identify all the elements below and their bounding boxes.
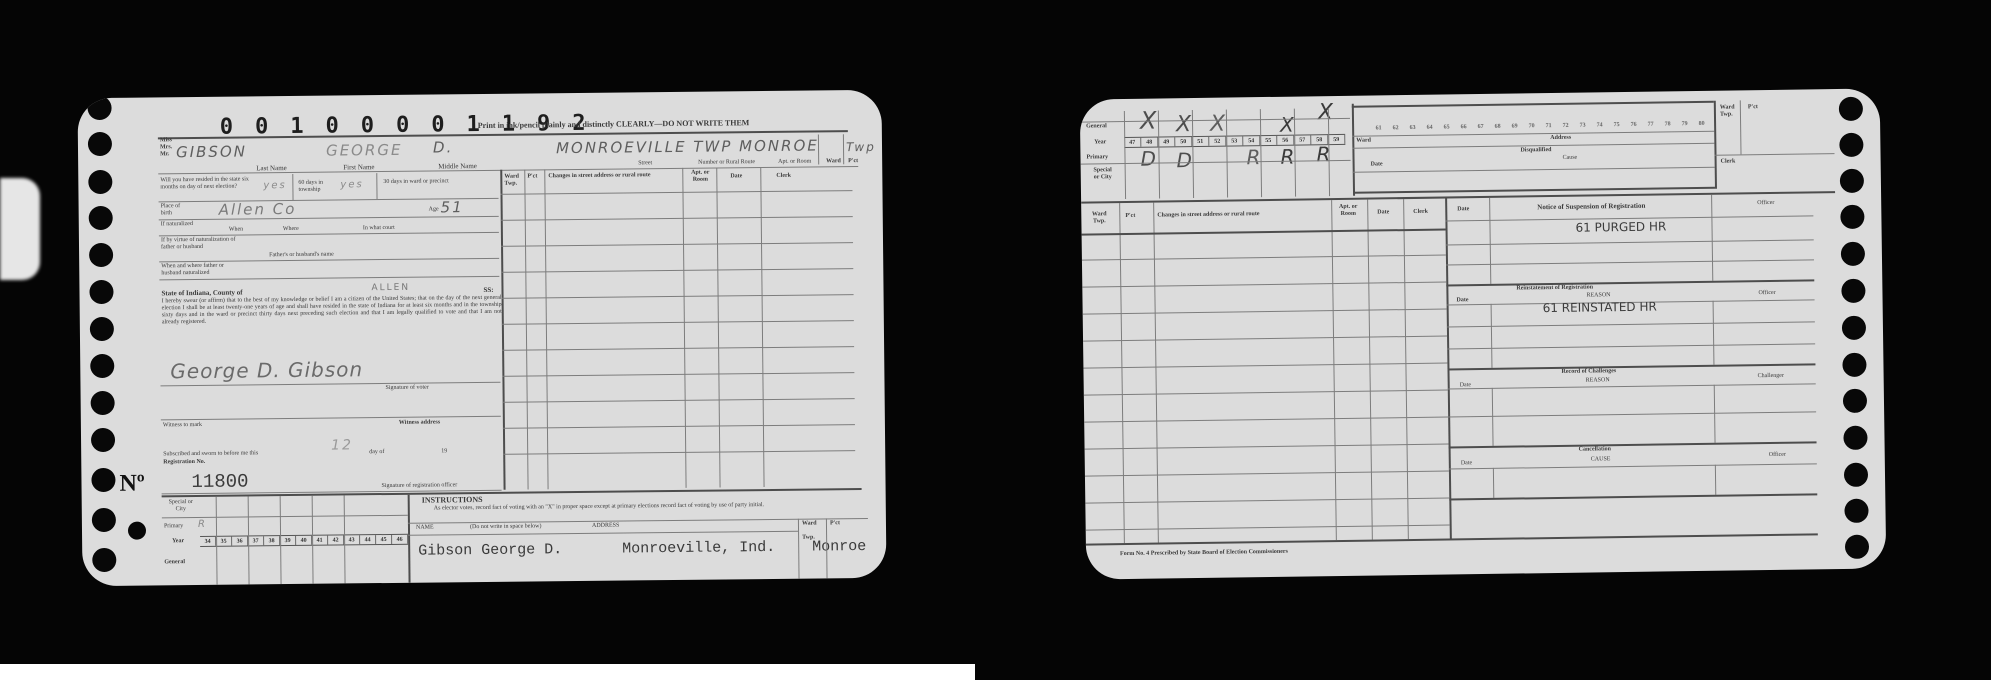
rule xyxy=(760,167,764,487)
rule xyxy=(501,216,853,221)
punch-hole xyxy=(1840,205,1864,229)
label-apt: Apt. or Room xyxy=(778,159,811,166)
rule xyxy=(1448,411,1816,417)
when-where-label: When and where father or husband natural… xyxy=(161,263,241,278)
year-row: 34 35 36 37 38 39 40 41 42 43 44 45 46 xyxy=(200,534,408,547)
rule xyxy=(159,232,499,237)
punch-hole-small xyxy=(128,522,146,540)
rule xyxy=(682,168,686,488)
naturalized-label: If naturalized xyxy=(161,221,211,229)
oath-text: I hereby swear (or affirm) that to the b… xyxy=(162,295,502,327)
rule xyxy=(1447,343,1815,349)
first-name-value: GEORGE xyxy=(326,141,403,160)
rule xyxy=(1085,443,1449,449)
cancellation-officer-header: Officer xyxy=(1769,452,1786,459)
suspension-title: Notice of Suspension of Registration xyxy=(1537,202,1645,212)
year-cell: 43 xyxy=(344,535,360,544)
year-cell: 71 xyxy=(1540,121,1557,131)
day-of-label: day of xyxy=(369,449,384,456)
rule xyxy=(1158,111,1160,199)
rule xyxy=(1153,203,1159,543)
grid-label-general: General xyxy=(164,559,185,566)
year-cell: 76 xyxy=(1625,120,1642,130)
label-ward: Ward xyxy=(826,158,841,165)
punch-hole xyxy=(91,428,115,452)
when-label: When xyxy=(229,226,243,233)
rule xyxy=(1331,200,1337,540)
rule xyxy=(1447,363,1815,370)
strip-address-value: Monroeville, Ind. xyxy=(622,539,775,558)
rule xyxy=(500,190,852,195)
strip-address-label: ADDRESS xyxy=(592,523,619,530)
virtue-label: If by virtue of naturalization of father… xyxy=(161,237,236,252)
year-cell: 62 xyxy=(1387,123,1404,133)
year-cell: 54 xyxy=(1243,136,1260,145)
transfer-disqualified-label: Disqualified xyxy=(1520,147,1551,154)
year-cell: 63 xyxy=(1404,123,1421,133)
label-number: Number or Rural Route xyxy=(698,159,755,167)
year-cell: 51 xyxy=(1192,137,1209,146)
reinstatement-reason-header: REASON xyxy=(1586,292,1610,299)
label-street: Street xyxy=(638,160,652,167)
rule xyxy=(1226,110,1228,198)
registration-label: Registration No. xyxy=(163,459,205,466)
year-cell: 47 xyxy=(1124,138,1141,147)
rule xyxy=(798,519,800,579)
strip-name-label: NAME xyxy=(416,525,434,532)
year-cell: 38 xyxy=(264,536,280,545)
last-name-value: GIBSON xyxy=(176,142,247,161)
subscribed-day: 12 xyxy=(331,437,353,453)
transfer-pct-label: P'ct xyxy=(1748,104,1758,111)
rule xyxy=(544,169,548,489)
year-cell: 73 xyxy=(1574,120,1591,130)
punch-hole xyxy=(1844,463,1868,487)
back-grid-label-special: Special or City xyxy=(1091,167,1115,181)
rule xyxy=(818,134,819,164)
officer-signature-label: Signature of registration officer xyxy=(382,482,458,490)
rule xyxy=(1448,383,1816,389)
challenges-challenger-header: Challenger xyxy=(1758,373,1784,380)
rule xyxy=(1449,493,1817,500)
voter-signature: George D. Gibson xyxy=(170,357,363,383)
punch-hole xyxy=(1842,316,1866,340)
instructions-title: INSTRUCTIONS xyxy=(422,496,483,505)
reinstatement-officer-header: Officer xyxy=(1758,290,1775,297)
birth-value: Allen Co xyxy=(219,200,297,219)
rule xyxy=(843,134,844,164)
year-cell: 72 xyxy=(1557,121,1574,131)
year-cell: 77 xyxy=(1642,120,1659,130)
back-col-ward-twp: Ward Twp. xyxy=(1087,211,1111,225)
transfer-address-label: Address xyxy=(1550,135,1571,142)
rule xyxy=(1081,160,1351,165)
cancellation-cause-header: CAUSE xyxy=(1591,456,1611,463)
year-cell: 78 xyxy=(1659,119,1676,129)
grid-label-special: Special or City xyxy=(166,499,196,513)
scan-glare xyxy=(0,178,40,280)
year-cell: 67 xyxy=(1472,122,1489,132)
year-cell: 52 xyxy=(1209,137,1226,146)
strip-pct-label: P'ct xyxy=(830,520,840,527)
ward-value: Twp xyxy=(846,140,876,154)
year-cell: 61 xyxy=(1370,123,1387,133)
rule xyxy=(1083,362,1447,368)
col-pct: P'ct xyxy=(527,173,537,180)
salutation-mr: Mr. xyxy=(160,151,169,158)
punch-hole xyxy=(87,96,111,120)
col-ward-twp: Ward Twp. xyxy=(504,174,524,188)
back-col-date: Date xyxy=(1377,209,1389,216)
where-label: Where xyxy=(283,226,299,233)
rule xyxy=(1082,282,1446,288)
header-instruction: Print in ink/pencil plainly and distinct… xyxy=(478,119,750,130)
punch-hole xyxy=(92,548,116,572)
strip-name-value: Gibson George D. xyxy=(418,541,562,560)
rule xyxy=(1446,239,1814,245)
punch-hole xyxy=(1843,389,1867,413)
rule xyxy=(1084,416,1448,422)
year-cell: 55 xyxy=(1260,136,1277,145)
township-label: 60 days in township xyxy=(298,179,346,194)
year-cell: 70 xyxy=(1523,121,1540,131)
transfer-cause-label: Cause xyxy=(1563,155,1578,162)
reinstatement-entry: 61 REINSTATED HR xyxy=(1543,300,1657,316)
witness-address-label: Witness address xyxy=(399,419,440,426)
rule xyxy=(1446,259,1814,265)
punch-hole xyxy=(89,280,113,304)
year-cell: 35 xyxy=(216,537,232,546)
rule xyxy=(1081,191,1835,204)
year-cell: 46 xyxy=(392,535,408,544)
col-changes: Changes in street address or rural route xyxy=(548,172,650,180)
punch-hole xyxy=(1840,169,1864,193)
rule xyxy=(1489,198,1491,284)
rule xyxy=(1353,167,1715,173)
year-cell: 39 xyxy=(280,536,296,545)
rule xyxy=(716,168,720,488)
transfer-ward-twp-label: Ward Twp. xyxy=(1720,104,1740,118)
back-grid-label-primary: Primary xyxy=(1086,154,1108,161)
rule xyxy=(1715,153,1835,156)
punch-hole xyxy=(88,132,112,156)
card-back: General Year Primary Special or City 47 … xyxy=(1080,88,1887,579)
back-col-apt: Apt. or Room xyxy=(1333,204,1363,218)
cancellation-title: Cancellation xyxy=(1579,446,1611,453)
col-date: Date xyxy=(730,173,742,180)
year-cell: 64 xyxy=(1421,123,1438,133)
rule xyxy=(159,216,499,221)
year-cell: 34 xyxy=(200,537,216,546)
middle-name-value: D. xyxy=(433,138,454,156)
punch-hole xyxy=(91,391,115,415)
year-cell: 69 xyxy=(1506,121,1523,131)
oath-county: ALLEN xyxy=(371,283,410,293)
salutation-mrs: Mrs. xyxy=(160,144,172,151)
rule xyxy=(1086,533,1818,545)
transfer-ward-label: Ward xyxy=(1356,138,1371,145)
back-col-changes: Changes in street address or rural route xyxy=(1157,211,1259,219)
rule xyxy=(1447,321,1815,327)
year-cell: 44 xyxy=(360,535,376,544)
back-col-pct: P'ct xyxy=(1125,213,1135,220)
year-cell: 68 xyxy=(1489,122,1506,132)
rule xyxy=(1367,200,1373,540)
rule xyxy=(503,398,855,403)
rule xyxy=(1085,497,1449,503)
punch-hole xyxy=(90,354,114,378)
rule xyxy=(1491,304,1493,368)
punch-hole xyxy=(1845,535,1869,559)
court-label: In what court xyxy=(363,225,395,232)
general-mark: X xyxy=(1210,112,1227,137)
year-cell: 40 xyxy=(296,536,312,545)
primary-mark: D xyxy=(1140,147,1158,171)
rule xyxy=(1085,470,1449,476)
subscribed-text: Subscribed and sworn to before me this xyxy=(163,450,258,458)
punch-hole xyxy=(89,243,113,267)
rule xyxy=(502,294,854,299)
back-col-clerk: Clerk xyxy=(1413,209,1428,216)
year-cell: 53 xyxy=(1226,136,1243,145)
rule xyxy=(1403,199,1409,539)
challenges-reason-header: REASON xyxy=(1586,377,1610,384)
primary-mark: R xyxy=(1316,142,1332,166)
back-grid-label-year: Year xyxy=(1094,139,1106,146)
suspension-date-header: Date xyxy=(1457,206,1469,213)
instructions-text: As elector votes, record fact of voting … xyxy=(434,501,854,512)
year-cell: 65 xyxy=(1438,122,1455,132)
rule xyxy=(500,170,505,490)
transfer-clerk-label: Clerk xyxy=(1721,158,1736,165)
year-cell: 49 xyxy=(1158,137,1175,146)
strip-pct-value: Monroe xyxy=(812,538,866,556)
transfer-date-label: Date xyxy=(1371,161,1383,168)
year-cell: 41 xyxy=(312,536,328,545)
rule xyxy=(1082,229,1446,236)
year-cell: 74 xyxy=(1591,120,1608,130)
rule xyxy=(1714,101,1717,189)
rule xyxy=(1119,203,1125,543)
punch-hole xyxy=(1844,499,1868,523)
punch-hole xyxy=(1839,133,1863,157)
rule xyxy=(162,515,408,519)
challenges-title: Record of Challenges xyxy=(1561,368,1616,376)
punch-hole xyxy=(90,317,114,341)
rule xyxy=(502,320,854,325)
back-grid-label-general: General xyxy=(1086,123,1107,130)
witness-mark-label: Witness to mark xyxy=(163,422,202,429)
punch-hole xyxy=(1841,242,1865,266)
year-cell: 36 xyxy=(232,536,248,545)
year-cell: 66 xyxy=(1455,122,1472,132)
rule xyxy=(292,174,293,200)
year-cell: 50 xyxy=(1175,137,1192,146)
signature-label: Signature of voter xyxy=(385,385,428,392)
number-sign: Nº xyxy=(119,471,145,498)
rule xyxy=(1493,468,1494,498)
card-front: 0 0 1 0 0 0 0 1 1 9 2 Print in ink/penci… xyxy=(77,90,886,586)
township-value: yes xyxy=(340,179,363,190)
residency-state-value: yes xyxy=(263,180,286,191)
year-cell: 75 xyxy=(1608,120,1625,130)
rule xyxy=(1740,100,1742,154)
rule xyxy=(501,268,853,273)
suspension-entry: 61 PURGED HR xyxy=(1575,219,1666,234)
rule xyxy=(1083,309,1447,315)
form-footer: Form No. 4 Prescribed by State Board of … xyxy=(1120,549,1288,558)
year-prefix: 19 xyxy=(441,448,447,455)
birth-label: Place of birth xyxy=(161,203,191,217)
punch-hole xyxy=(1842,353,1866,377)
scan-edge-band xyxy=(0,664,975,680)
strip-note-label: (Do not write in space below) xyxy=(470,523,542,531)
rule xyxy=(161,416,501,421)
rule xyxy=(1086,524,1450,530)
col-clerk: Clerk xyxy=(776,173,791,180)
cancellation-date-header: Date xyxy=(1461,460,1472,467)
oath-ss: SS: xyxy=(483,286,493,294)
rule xyxy=(408,495,411,583)
rule xyxy=(1449,441,1817,448)
rule xyxy=(503,424,855,429)
rule xyxy=(1352,104,1355,196)
reinstatement-title: Reinstatement of Registration xyxy=(1516,284,1593,292)
year-cell: 42 xyxy=(328,535,344,544)
punch-hole xyxy=(89,206,113,230)
year-cell: 57 xyxy=(1294,135,1311,144)
primary-mark: R xyxy=(198,519,207,530)
punch-hole xyxy=(91,468,115,492)
general-mark: X xyxy=(1176,112,1193,137)
residency-question: Will you have resided in the state six m… xyxy=(160,176,260,191)
punch-hole xyxy=(88,170,112,194)
label-pct: P'ct xyxy=(848,158,858,165)
rule xyxy=(1715,465,1716,495)
year-cell: 56 xyxy=(1277,136,1294,145)
grid-label-year: Year xyxy=(172,538,184,545)
rule xyxy=(1124,111,1126,199)
street-value: MONROEVILLE TWP MONROE xyxy=(556,136,819,157)
rule xyxy=(1446,279,1814,286)
rule xyxy=(1084,389,1448,395)
year-cell: 80 xyxy=(1693,119,1710,129)
rule xyxy=(376,173,377,199)
col-apt: Apt. or Room xyxy=(686,170,714,184)
year-cell: 45 xyxy=(376,535,392,544)
rule xyxy=(1711,195,1713,281)
rule xyxy=(1352,101,1714,108)
ward-residency-label: 30 days in ward or precinct xyxy=(383,178,463,186)
age-value: 51 xyxy=(441,198,464,216)
punch-hole xyxy=(1839,97,1863,121)
rule xyxy=(408,531,798,536)
year-cell: 37 xyxy=(248,536,264,545)
oath-state: State of Indiana, County of xyxy=(161,289,242,298)
rule xyxy=(501,242,853,247)
rule xyxy=(1082,255,1446,261)
punch-hole xyxy=(1843,426,1867,450)
punch-hole xyxy=(1841,279,1865,303)
punch-hole xyxy=(92,508,116,532)
strip-ward-label: Ward xyxy=(802,521,817,528)
year-cell: 79 xyxy=(1676,119,1693,129)
grid-label-primary: Primary xyxy=(164,523,183,530)
year-cell: 48 xyxy=(1141,138,1158,147)
rule xyxy=(1713,301,1715,365)
rule xyxy=(502,346,854,351)
suspension-officer-header: Officer xyxy=(1757,200,1774,207)
rule xyxy=(524,170,528,490)
rule xyxy=(1449,463,1817,469)
general-mark: X xyxy=(1318,100,1335,125)
registration-number: 11800 xyxy=(191,470,248,493)
rule xyxy=(502,372,854,377)
rule xyxy=(503,450,855,455)
age-label: Age xyxy=(429,206,439,213)
father-name-label: Father's or husband's name xyxy=(269,252,334,260)
rule xyxy=(1083,336,1447,342)
